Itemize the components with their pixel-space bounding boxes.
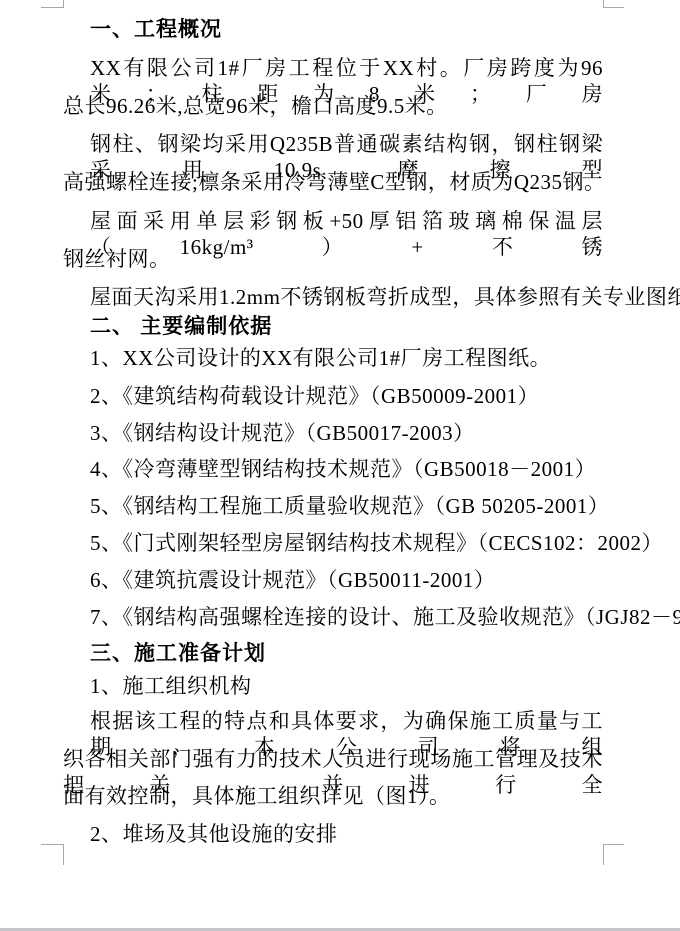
body-line: 高强螺栓连接;檩条采用冷弯薄壁C型钢，材质为Q235钢。 [63, 169, 603, 195]
list-item: 5、《钢结构工程施工质量验收规范》（GB 50205-2001） [90, 493, 603, 519]
list-item: 2、《建筑结构荷载设计规范》（GB50009-2001） [90, 383, 603, 409]
list-item: 1、XX公司设计的XX有限公司1#厂房工程图纸。 [90, 345, 603, 371]
section-heading-2: 二、 主要编制依据 [90, 313, 603, 339]
body-line: 总长96.26米,总宽96米，檐口高度9.5米。 [63, 93, 603, 119]
section-heading-3: 三、施工准备计划 [90, 640, 603, 666]
list-item: 7、《钢结构高强螺栓连接的设计、施工及验收规范》（JGJ82－91） [90, 604, 603, 630]
list-item: 4、《冷弯薄壁型钢结构技术规范》（GB50018－2001） [90, 456, 603, 482]
document-page: { "page": { "background_color": "#ffffff… [0, 0, 680, 931]
crop-mark-bottom-left [41, 844, 64, 865]
list-item: 6、《建筑抗震设计规范》（GB50011-2001） [90, 567, 603, 593]
crop-mark-top-left [41, 0, 64, 8]
list-item: 5、《门式刚架轻型房屋钢结构技术规程》（CECS102：2002） [90, 530, 603, 556]
body-line: 屋面天沟采用1.2mm不锈钢板弯折成型，具体参照有关专业图纸。 [90, 284, 603, 310]
body-line: 钢丝衬网。 [63, 246, 603, 272]
section-heading-1: 一、工程概况 [90, 16, 603, 42]
list-item: 2、堆场及其他设施的安排 [90, 821, 603, 847]
list-item: 1、施工组织机构 [90, 673, 603, 699]
crop-mark-bottom-right [603, 844, 624, 865]
crop-mark-top-right [603, 0, 624, 8]
list-item: 3、《钢结构设计规范》（GB50017-2003） [90, 420, 603, 446]
body-line: 面有效控制，具体施工组织详见（图1）。 [63, 783, 603, 809]
